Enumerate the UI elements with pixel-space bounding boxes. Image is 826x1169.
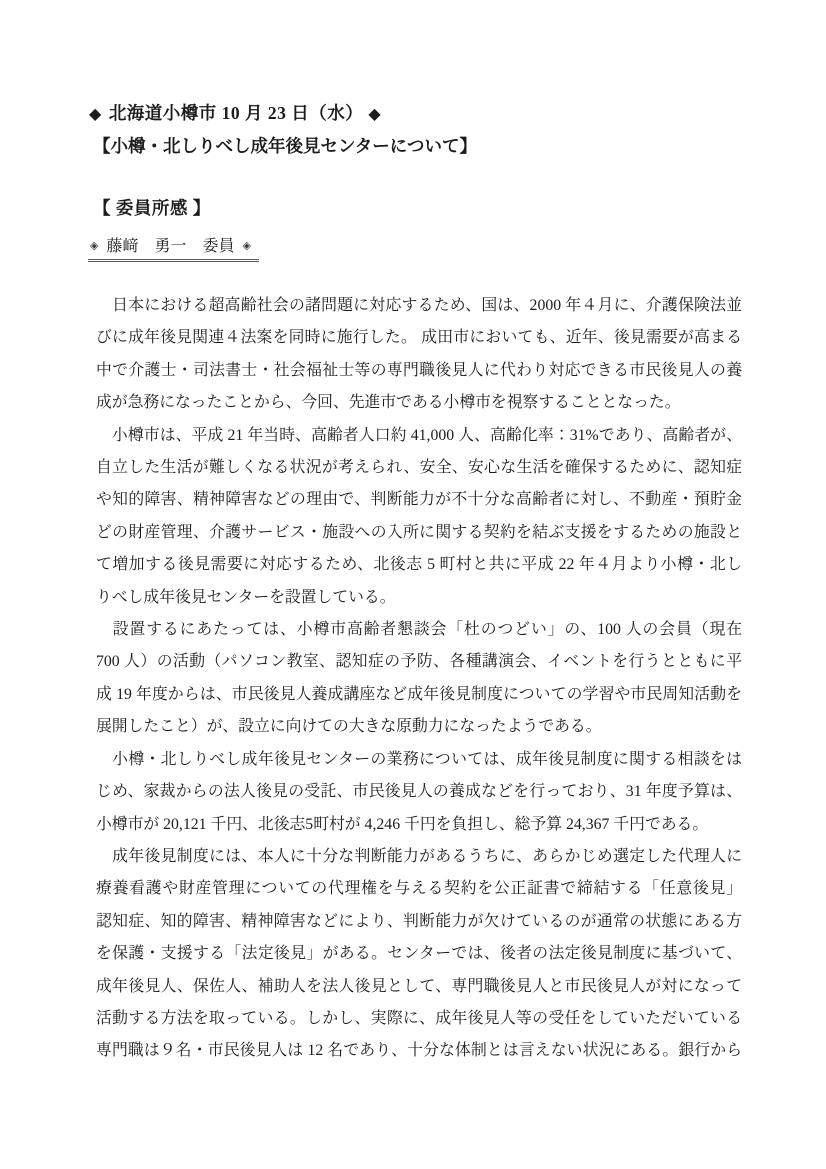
body-line: 700 人）の活動（パソコン教室、認知症の予防、各種講演会、イベントを行うととも…	[96, 646, 742, 678]
author-line: ◈藤﨑 勇一 委員◈	[88, 233, 259, 262]
visit-header: ◆北海道小樽市 10 月 23 日（水）◆	[89, 100, 381, 125]
diamond-icon: ◈	[90, 240, 98, 252]
body-text: 日本における超高齢社会の諸問題に対応するため、国は、2000 年４月に、介護保険…	[96, 290, 742, 1068]
body-line: 小樽市は、平成 21 年当時、高齢者人口約 41,000 人、高齢化率：31%で…	[96, 420, 742, 452]
diamond-icon: ◆	[89, 106, 102, 123]
body-line: 中で介護士・司法書士・社会福祉士等の専門職後見人に代わり対応できる市民後見人の養	[96, 355, 742, 387]
body-line: や知的障害、精神障害などの理由で、判断能力が不十分な高齢者に対し、不動産・預貯金…	[96, 484, 742, 516]
body-line: じめ、家裁からの法人後見の受託、市民後見人の養成などを行っており、31 年度予算…	[96, 776, 742, 808]
body-line: 成年後見人、保佐人、補助人を法人後見として、専門職後見人と市民後見人が対になって	[96, 971, 742, 1003]
document-page: ◆北海道小樽市 10 月 23 日（水）◆ 【小樽・北しりべし成年後見センターに…	[0, 0, 826, 1169]
body-line: 専門職は９名・市民後見人は 12 名であり、十分な体制とは言えない状況にある。銀…	[96, 1035, 742, 1067]
body-line: 小樽・北しりべし成年後見センターの業務については、成年後見制度に関する相談をは	[96, 744, 742, 776]
diamond-icon: ◆	[368, 106, 381, 123]
diamond-icon: ◈	[242, 240, 250, 252]
body-line: 設置するにあたっては、小樽市高齢者懇談会「杜のつどい」の、100 人の会員（現在	[96, 614, 742, 646]
body-line: 日本における超高齢社会の諸問題に対応するため、国は、2000 年４月に、介護保険…	[96, 290, 742, 322]
body-line: 小樽市が 20,121 千円、北後志5町村が 4,246 千円を負担し、総予算 …	[96, 809, 742, 841]
body-line: りべし成年後見センターを設置している。	[96, 582, 742, 614]
visit-title: 北海道小樽市 10 月 23 日（水）	[109, 103, 364, 123]
body-line: どの財産管理、介護サービス・施設への入所に関する契約を結ぶ支援をするための施設と…	[96, 517, 742, 549]
body-line: 自立した生活が難しくなる状況が考えられ、安全、安心な生活を確保するために、認知症	[96, 452, 742, 484]
body-line: 成が急務になったことから、今回、先進市である小樽市を視察することとなった。	[96, 387, 742, 419]
body-line: 成年後見制度には、本人に十分な判断能力があるうちに、あらかじめ選定した代理人に	[96, 841, 742, 873]
body-line: 活動する方法を取っている。しかし、実際に、成年後見人等の受任をしていただいている	[96, 1003, 742, 1035]
body-line: て増加する後見需要に対応するため、北後志 5 町村と共に平成 22 年４月より小…	[96, 549, 742, 581]
body-line: 認知症、知的障害、精神障害などにより、判断能力が欠けているのが通常の状態にある方	[96, 906, 742, 938]
body-line: 成 19 年度からは、市民後見人養成講座など成年後見制度についての学習や市民周知…	[96, 679, 742, 711]
body-line: 療養看護や財産管理についての代理権を与える契約を公正証書で締結する「任意後見」と…	[96, 873, 742, 905]
author-name: 藤﨑 勇一 委員	[106, 238, 234, 255]
body-line: びに成年後見関連４法案を同時に施行した。 成田市においても、近年、後見需要が高ま…	[96, 322, 742, 354]
section-title: 【 委員所感 】	[93, 195, 211, 220]
body-line: 展開したこと）が、設立に向けての大きな原動力になったようである。	[96, 711, 742, 743]
topic-title: 【小樽・北しりべし成年後見センターについて】	[93, 133, 477, 158]
body-line: を保護・支援する「法定後見」がある。センターでは、後者の法定後見制度に基づいて、	[96, 938, 742, 970]
